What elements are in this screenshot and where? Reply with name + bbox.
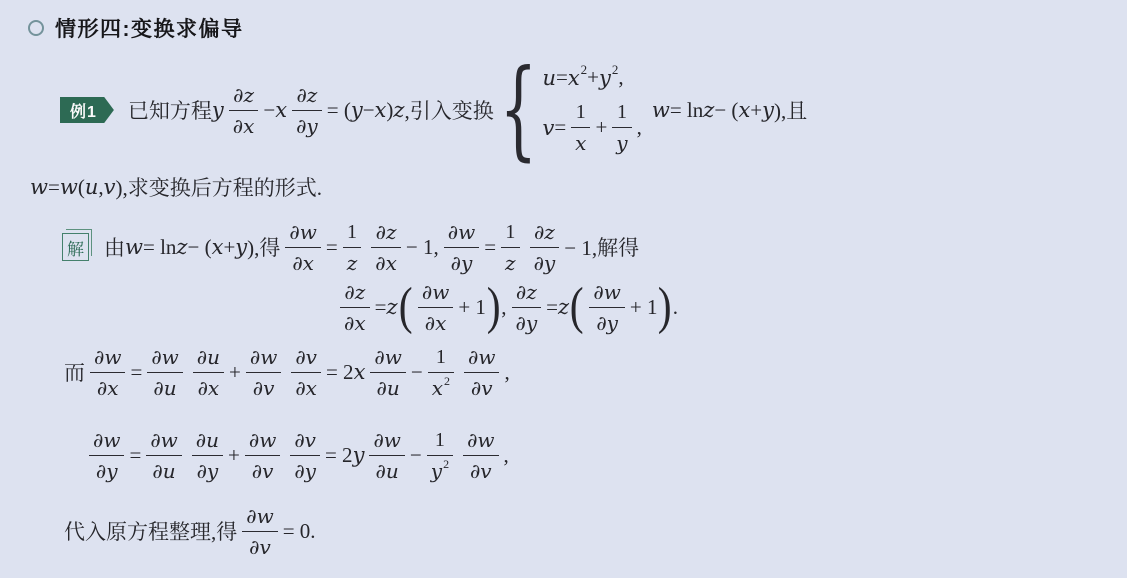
text: =: [556, 65, 568, 90]
text: 代入原方程整理,得: [64, 516, 237, 546]
fraction: ∂w∂u: [146, 428, 181, 483]
text: −: [263, 98, 275, 123]
math-token: ∂w: [463, 428, 498, 456]
text: (: [78, 175, 85, 200]
solution-step-2: ∂z∂x = z(∂w∂x + 1),∂z∂y = z(∂w∂y + 1).: [335, 280, 678, 335]
math-token: ∂x: [371, 248, 401, 275]
text: − 1,解得: [564, 232, 639, 262]
math-token: ∂x: [229, 111, 259, 138]
math-var: w: [60, 175, 78, 199]
text: +: [750, 98, 762, 123]
text: + 1: [458, 295, 486, 320]
math-token: 1: [347, 220, 357, 244]
math-token: ∂x: [233, 114, 255, 138]
text: ,引入变换: [404, 95, 493, 125]
text: = ln: [143, 235, 176, 260]
math-token: y2: [427, 456, 453, 483]
math-token: ∂y: [192, 456, 223, 483]
math-token: ∂w: [418, 280, 453, 308]
math-token: ∂v: [246, 373, 281, 400]
math-token: z: [343, 248, 362, 275]
math-token: ∂w: [93, 428, 120, 452]
math-token: ∂w: [422, 280, 449, 304]
math-token: ∂y: [512, 308, 542, 335]
math-token: ∂v: [464, 373, 499, 400]
math-token: x2: [428, 373, 454, 400]
fraction: ∂w∂x: [285, 220, 320, 275]
math-token: ∂w: [369, 428, 404, 456]
superscript: 2: [581, 62, 588, 78]
fraction: ∂w∂u: [370, 345, 405, 400]
text: =: [546, 295, 558, 320]
text: ,: [618, 65, 623, 90]
math-var: y: [431, 459, 442, 483]
section-title: 情形四:变换求偏导: [55, 13, 244, 43]
math-token: ∂z: [229, 83, 259, 111]
math-token: 1: [576, 100, 586, 124]
math-token: ∂z: [512, 280, 542, 308]
text: 已知方程: [128, 95, 212, 125]
math-token: ∂z: [233, 83, 254, 107]
fraction: ∂z∂y: [512, 280, 542, 335]
math-token: ∂u: [193, 345, 224, 373]
math-token: ∂y: [451, 251, 473, 275]
math-var: z: [393, 98, 404, 122]
math-token: ∂w: [444, 220, 479, 248]
math-token: ∂w: [89, 428, 124, 456]
math-token: ∂w: [250, 345, 277, 369]
chain-rule-y: ∂w∂y = ∂w∂u∂u∂y + ∂w∂v∂v∂y = 2y∂w∂u − 1y…: [84, 428, 509, 483]
math-token: ∂w: [246, 504, 273, 528]
math-token: ∂v: [245, 456, 280, 483]
math-token: ∂u: [146, 456, 181, 483]
math-var: y: [212, 98, 224, 122]
math-var: x: [738, 98, 750, 122]
fraction: ∂z∂y: [292, 83, 322, 138]
fraction: ∂w∂y: [589, 280, 624, 335]
math-var: x: [275, 98, 287, 122]
text: =: [48, 175, 60, 200]
math-token: ∂u: [152, 459, 175, 483]
math-token: ∂w: [242, 504, 277, 532]
math-token: ∂w: [373, 428, 400, 452]
math-token: ∂v: [295, 345, 317, 369]
math-token: x: [575, 131, 586, 155]
text: = 2: [325, 443, 353, 468]
fraction: 1z: [501, 220, 520, 275]
math-token: ∂u: [376, 459, 399, 483]
math-token: ∂u: [147, 373, 182, 400]
math-token: ∂w: [147, 345, 182, 373]
fraction: ∂v∂y: [290, 428, 320, 483]
fraction: ∂z∂y: [530, 220, 560, 275]
solution-step-1: 由 w = ln z − (x + y),得∂w∂x = 1z∂z∂x − 1,…: [104, 220, 639, 275]
math-var: y: [351, 98, 363, 122]
math-token: ∂w: [150, 428, 177, 452]
math-var: u: [85, 175, 99, 199]
math-token: 1: [612, 100, 631, 128]
math-token: ∂y: [96, 459, 118, 483]
math-token: ∂w: [448, 220, 475, 244]
math-token: ∂y: [516, 311, 538, 335]
math-token: z: [347, 251, 358, 275]
math-token: ∂w: [468, 345, 495, 369]
math-token: ∂z: [516, 280, 537, 304]
math-token: ∂z: [340, 280, 370, 308]
math-token: 1: [435, 428, 445, 452]
math-token: ∂z: [530, 220, 560, 248]
math-token: ∂w: [246, 345, 281, 373]
fraction: ∂w∂v: [242, 504, 277, 559]
text: =: [326, 235, 338, 260]
math-token: z: [505, 251, 516, 275]
math-token: ∂x: [198, 376, 220, 400]
math-token: ∂y: [444, 248, 479, 275]
fraction: ∂w∂v: [463, 428, 498, 483]
cases-row: u = x2 + y2,: [542, 65, 623, 90]
math-var: w: [125, 235, 143, 259]
solution-badge: 解: [62, 233, 89, 261]
math-token: ∂v: [242, 532, 277, 559]
fraction: ∂u∂y: [192, 428, 223, 483]
math-var: z: [703, 98, 714, 122]
math-token: ∂z: [376, 220, 397, 244]
textbook-page: 情形四:变换求偏导 例1 已知方程 y∂z∂x − x∂z∂y = (y − x…: [0, 0, 1127, 578]
math-token: ∂y: [589, 308, 624, 335]
circle-bullet-icon: [28, 20, 44, 36]
text: +: [587, 65, 599, 90]
text: +: [229, 360, 241, 385]
text: −: [410, 443, 422, 468]
fraction: ∂z∂x: [229, 83, 259, 138]
math-token: ∂w: [249, 428, 276, 452]
math-token: ∂x: [375, 251, 397, 275]
text: + 1: [630, 295, 658, 320]
fraction: ∂w∂u: [147, 345, 182, 400]
math-token: ∂w: [593, 280, 620, 304]
math-var: w: [652, 98, 670, 122]
math-token: ∂w: [245, 428, 280, 456]
math-token: ∂z: [534, 220, 555, 244]
fraction: ∂w∂x: [90, 345, 125, 400]
math-token: ∂z: [344, 280, 365, 304]
math-token: ∂w: [589, 280, 624, 308]
text: +: [228, 443, 240, 468]
text: −: [411, 360, 423, 385]
math-token: ∂z: [292, 83, 322, 111]
math-var: w: [30, 175, 48, 199]
fraction: ∂u∂x: [193, 345, 224, 400]
fraction: ∂w∂v: [245, 428, 280, 483]
math-var: z: [386, 295, 397, 319]
text: =: [130, 360, 142, 385]
math-token: ∂u: [153, 376, 176, 400]
math-token: ∂y: [294, 459, 316, 483]
math-token: x: [571, 128, 590, 155]
fraction: 1z: [343, 220, 362, 275]
math-token: ∂w: [90, 345, 125, 373]
math-token: 1: [571, 100, 590, 128]
cases-system: {u = x2 + y2,v = 1x + 1y,: [496, 56, 642, 164]
math-token: ∂w: [289, 220, 316, 244]
text: = 2: [326, 360, 354, 385]
math-token: ∂w: [374, 345, 401, 369]
math-token: ∂u: [196, 428, 219, 452]
math-token: 1: [436, 345, 446, 369]
text: 而: [64, 357, 85, 387]
text: − (: [714, 98, 738, 123]
math-token: ∂w: [370, 345, 405, 373]
text: +: [595, 115, 607, 140]
text: =: [375, 295, 387, 320]
math-token: ∂x: [193, 373, 224, 400]
superscript: 2: [612, 62, 619, 78]
math-token: ∂v: [252, 459, 274, 483]
text: ,: [504, 360, 509, 385]
math-token: ∂y: [534, 251, 556, 275]
final-result: 代入原方程整理,得∂w∂v = 0.: [64, 504, 316, 559]
fraction: ∂w∂v: [246, 345, 281, 400]
fraction: ∂w∂x: [418, 280, 453, 335]
text: − 1,: [406, 235, 439, 260]
math-token: ∂x: [295, 376, 317, 400]
math-token: ∂u: [370, 373, 405, 400]
math-token: 1: [617, 100, 627, 124]
cases-row: v = 1x + 1y,: [542, 100, 641, 155]
math-token: z: [501, 248, 520, 275]
math-token: ∂y: [89, 456, 124, 483]
left-brace: {: [499, 56, 537, 164]
math-var: y: [353, 443, 365, 467]
math-token: 1: [427, 428, 453, 456]
math-token: ∂x: [291, 373, 321, 400]
math-var: x: [568, 66, 580, 90]
text: = 0.: [283, 519, 316, 544]
fraction: 1y2: [427, 428, 453, 483]
math-token: ∂u: [369, 456, 404, 483]
math-token: ∂z: [371, 220, 401, 248]
math-token: ∂x: [340, 308, 370, 335]
math-var: v: [104, 175, 116, 199]
text: ),求变换后方程的形式.: [115, 172, 322, 202]
math-token: ∂v: [253, 376, 275, 400]
math-token: ∂w: [151, 345, 178, 369]
fraction: ∂w∂y: [444, 220, 479, 275]
fraction: 1x2: [428, 345, 454, 400]
superscript: 2: [444, 374, 450, 388]
math-token: 1: [343, 220, 362, 248]
fraction: ∂w∂u: [369, 428, 404, 483]
math-token: ∂u: [377, 376, 400, 400]
math-token: ∂v: [290, 428, 320, 456]
fraction: ∂z∂x: [340, 280, 370, 335]
math-token: ∂x: [97, 376, 119, 400]
math-var: y: [762, 98, 774, 122]
math-token: ∂y: [530, 248, 560, 275]
math-var: x: [432, 376, 443, 400]
text: ,: [504, 443, 509, 468]
math-token: ∂w: [146, 428, 181, 456]
math-var: z: [558, 295, 569, 319]
fraction: ∂v∂x: [291, 345, 321, 400]
text: =: [554, 115, 566, 140]
text: = ln: [670, 98, 703, 123]
superscript: 2: [443, 457, 449, 471]
text: +: [223, 235, 235, 260]
math-token: ∂x: [344, 311, 366, 335]
example-badge: 例1: [60, 97, 114, 123]
math-var: v: [542, 116, 554, 140]
math-token: ∂x: [285, 248, 320, 275]
math-var: y: [235, 235, 247, 259]
example-statement: 已知方程 y∂z∂x − x∂z∂y = (y − x)z,引入变换{u = x…: [128, 56, 807, 164]
math-var: z: [176, 235, 187, 259]
text: ,: [501, 295, 506, 320]
text: −: [363, 98, 375, 123]
math-token: ∂u: [197, 345, 220, 369]
chain-rule-x: 而∂w∂x = ∂w∂u∂u∂x + ∂w∂v∂v∂x = 2x∂w∂u − 1…: [64, 345, 510, 400]
math-var: y: [599, 66, 611, 90]
fraction: ∂w∂y: [89, 428, 124, 483]
text: = (: [327, 98, 351, 123]
math-token: ∂w: [467, 428, 494, 452]
math-var: x: [212, 235, 224, 259]
math-token: ∂y: [296, 114, 318, 138]
math-token: ∂v: [470, 459, 492, 483]
math-token: ∂y: [292, 111, 322, 138]
text: .: [673, 295, 678, 320]
math-token: y: [612, 128, 631, 155]
math-token: ∂y: [290, 456, 320, 483]
text: − (: [188, 235, 212, 260]
math-var: u: [542, 66, 556, 90]
text: 由: [104, 232, 125, 262]
text: =: [484, 235, 496, 260]
math-token: ∂w: [285, 220, 320, 248]
math-var: x: [354, 360, 366, 384]
text: ),得: [247, 232, 280, 262]
math-token: ∂v: [249, 535, 271, 559]
math-token: ∂x: [90, 373, 125, 400]
math-token: ∂y: [596, 311, 618, 335]
fraction: 1y: [612, 100, 631, 155]
math-token: ∂u: [192, 428, 223, 456]
fraction: 1x: [571, 100, 590, 155]
text: =: [129, 443, 141, 468]
math-token: ∂w: [94, 345, 121, 369]
math-token: ∂v: [294, 428, 316, 452]
math-token: ∂v: [463, 456, 498, 483]
text: ),且: [774, 95, 807, 125]
math-token: 1: [428, 345, 454, 373]
math-token: ∂v: [291, 345, 321, 373]
fraction: ∂w∂v: [464, 345, 499, 400]
math-token: ∂w: [464, 345, 499, 373]
math-token: 1: [501, 220, 520, 248]
math-token: ∂x: [425, 311, 447, 335]
fraction: ∂z∂x: [371, 220, 401, 275]
section-header: 情形四:变换求偏导: [28, 13, 244, 43]
text: ,: [637, 115, 642, 140]
math-token: ∂y: [197, 459, 219, 483]
math-token: u = x2 + y2,v = 1x + 1y,: [542, 65, 641, 155]
math-token: ∂v: [471, 376, 493, 400]
math-token: ∂x: [418, 308, 453, 335]
math-token: 1: [505, 220, 515, 244]
math-token: ∂x: [292, 251, 314, 275]
math-token: ∂z: [296, 83, 317, 107]
math-var: x: [375, 98, 387, 122]
given-statement: w = w(u,v),求变换后方程的形式.: [30, 172, 322, 202]
math-token: y: [616, 131, 627, 155]
